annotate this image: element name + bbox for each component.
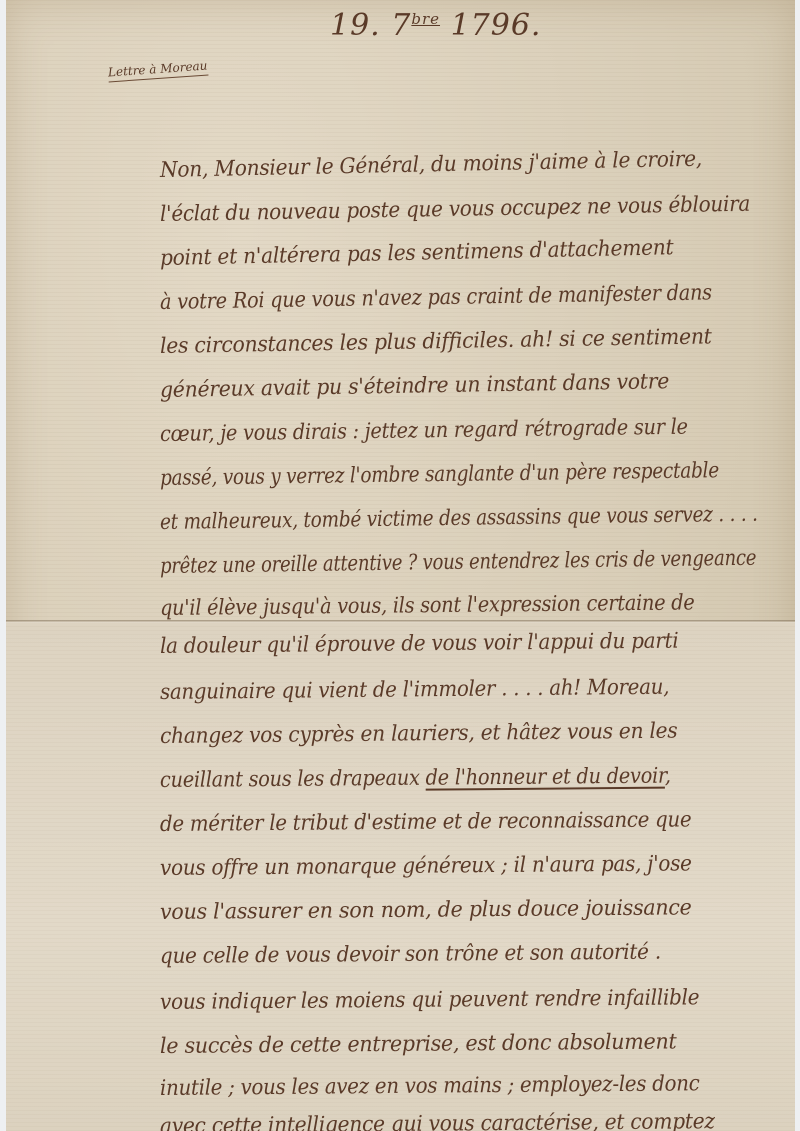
body-line-17: vous offre un monarque généreux ; il n'a…	[160, 851, 692, 881]
date-year: 1796.	[451, 8, 542, 43]
date-month: 7bre	[391, 8, 440, 43]
body-line-23: avec cette intelligence qui vous caracté…	[160, 1109, 715, 1131]
body-line-22: inutile ; vous les avez en vos mains ; e…	[160, 1071, 700, 1101]
body-line-18: vous l'assurer en son nom, de plus douce…	[160, 895, 692, 925]
body-line-16: de mériter le tribut d'estime et de reco…	[160, 807, 692, 837]
letter-date: 19. 7bre 1796.	[330, 8, 541, 43]
body-line-21: le succès de cette entreprise, est donc …	[160, 1029, 677, 1059]
underlined-phrase: de l'honneur et du devoir	[425, 764, 664, 791]
body-line-15: cueillant sous les drapeaux de l'honneur…	[160, 764, 671, 793]
body-line-13: sanguinaire qui vient de l'immoler . . .…	[160, 675, 669, 705]
date-day: 19.	[330, 8, 381, 43]
paper-fold-crease	[6, 620, 795, 623]
body-line-20: vous indiquer les moiens qui peuvent ren…	[160, 985, 699, 1015]
body-line-19: que celle de vous devoir son trône et so…	[160, 940, 661, 969]
